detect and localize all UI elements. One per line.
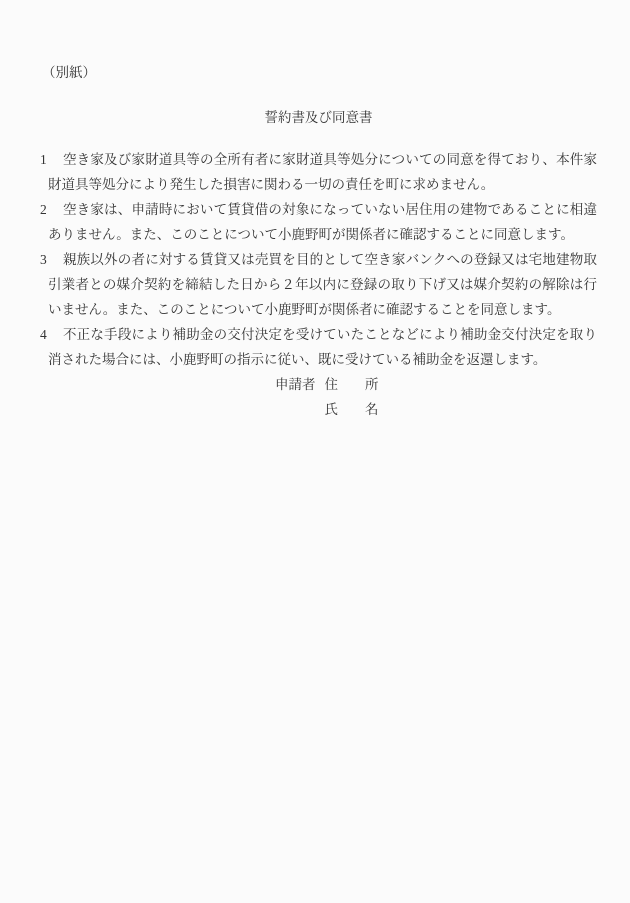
item-text: 不正な手段により補助金の交付決定を受けていたことなどにより補助金交付決定を取り消…	[48, 327, 597, 367]
applicant-label: 申請者	[275, 372, 316, 422]
signature-lines: 住 所 氏 名	[325, 372, 379, 422]
applicant-signature-block: 申請者 住 所 氏 名	[275, 372, 597, 422]
oath-item: 4不正な手段により補助金の交付決定を受けていたことなどにより補助金交付決定を取り…	[40, 322, 597, 372]
oath-item: 1空き家及び家財道具等の全所有者に家財道具等処分についての同意を得ており、本件家…	[40, 147, 597, 197]
item-number: 1	[40, 152, 47, 167]
oath-item: 2空き家は、申請時において賃貸借の対象になっていない居住用の建物であることに相違…	[40, 197, 597, 247]
clause-list: 1空き家及び家財道具等の全所有者に家財道具等処分についての同意を得ており、本件家…	[40, 147, 597, 372]
document-title: 誓約書及び同意書	[40, 105, 597, 130]
attachment-note: （別紙）	[42, 60, 597, 85]
document-page: （別紙） 誓約書及び同意書 1空き家及び家財道具等の全所有者に家財道具等処分につ…	[0, 0, 630, 903]
oath-item: 3親族以外の者に対する賃貸又は売買を目的として空き家バンクへの登録又は宅地建物取…	[40, 247, 597, 322]
item-number: 3	[40, 252, 47, 267]
item-text: 親族以外の者に対する賃貸又は売買を目的として空き家バンクへの登録又は宅地建物取引…	[48, 252, 597, 317]
name-line: 氏 名	[325, 397, 379, 422]
address-line: 住 所	[325, 372, 379, 397]
item-text: 空き家及び家財道具等の全所有者に家財道具等処分についての同意を得ており、本件家財…	[48, 152, 597, 192]
item-number: 2	[40, 202, 47, 217]
item-text: 空き家は、申請時において賃貸借の対象になっていない居住用の建物であることに相違あ…	[48, 202, 597, 242]
item-number: 4	[40, 327, 47, 342]
